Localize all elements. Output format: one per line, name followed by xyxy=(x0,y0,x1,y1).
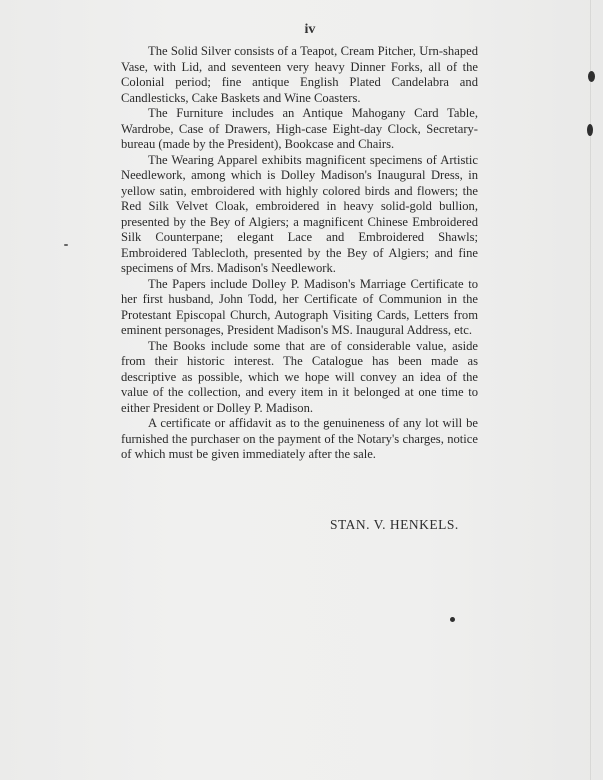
ink-speck xyxy=(64,244,68,246)
paragraph-books: The Books include some that are of consi… xyxy=(121,339,478,417)
signature: STAN. V. HENKELS. xyxy=(330,517,459,533)
paragraph-wearing-apparel: The Wearing Apparel exhibits magnificent… xyxy=(121,153,478,277)
paragraph-papers: The Papers include Dolley P. Madison's M… xyxy=(121,277,478,339)
ink-speck xyxy=(450,617,455,622)
ink-speck xyxy=(588,71,595,82)
paragraph-furniture: The Furniture includes an Antique Mahoga… xyxy=(121,106,478,153)
paragraph-certificate: A certificate or affidavit as to the gen… xyxy=(121,416,478,463)
body-text: The Solid Silver consists of a Teapot, C… xyxy=(121,44,478,463)
paragraph-silver: The Solid Silver consists of a Teapot, C… xyxy=(121,44,478,106)
scanned-page: iv The Solid Silver consists of a Teapot… xyxy=(0,0,603,780)
page-number: iv xyxy=(0,22,603,38)
page-edge-shadow xyxy=(590,0,591,780)
ink-speck xyxy=(587,124,593,136)
